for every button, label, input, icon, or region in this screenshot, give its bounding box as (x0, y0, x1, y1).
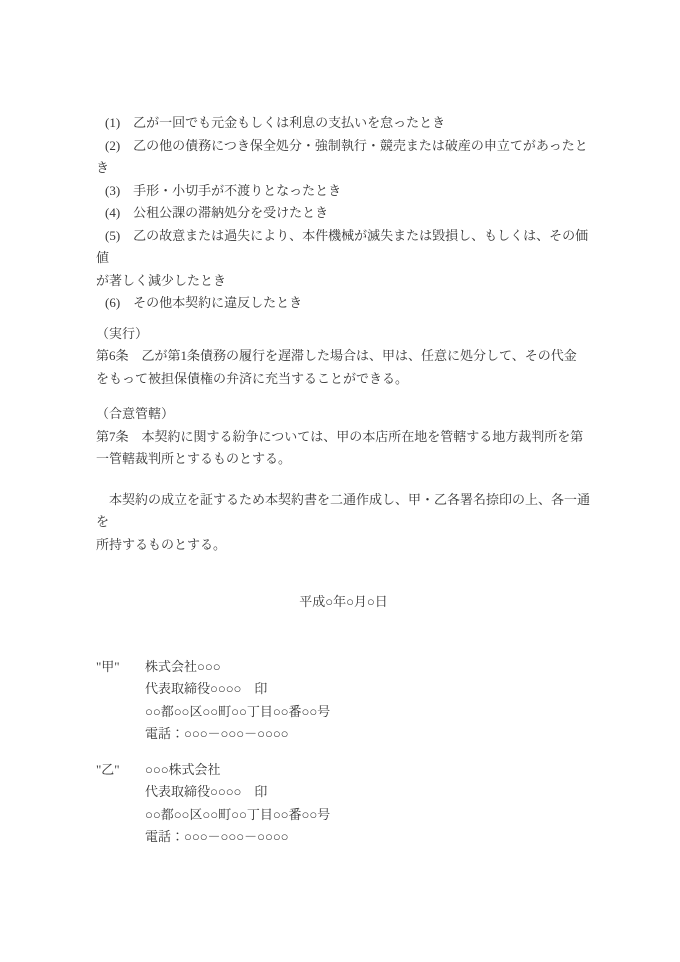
list-item-1: (1) 乙が一回でも元金もしくは利息の支払いを怠ったとき (96, 112, 591, 135)
section-execution: （実行） 第6条 乙が第1条債務の履行を遅滞した場合は、甲は、任意に処分して、そ… (96, 323, 591, 391)
section-jurisdiction-heading: （合意管轄） (96, 403, 591, 426)
section-execution-heading: （実行） (96, 323, 591, 346)
signatory-kou-company: 株式会社○○○ (145, 656, 591, 679)
contract-document-page: (1) 乙が一回でも元金もしくは利息の支払いを怠ったとき (2) 乙の他の債務に… (0, 0, 680, 962)
signatory-otsu-representative: 代表取締役○○○○ 印 (145, 781, 591, 804)
signatory-block-otsu: "乙" ○○○株式会社 代表取締役○○○○ 印 ○○都○○区○○町○○丁目○○番… (96, 759, 591, 849)
section-jurisdiction: （合意管轄） 第7条 本契約に関する紛争については、甲の本店所在地を管轄する地方… (96, 403, 591, 471)
default-conditions-list: (1) 乙が一回でも元金もしくは利息の支払いを怠ったとき (2) 乙の他の債務に… (96, 112, 591, 315)
date-line: 平成○年○月○日 (96, 591, 591, 614)
signatory-kou-address: ○○都○○区○○町○○丁目○○番○○号 (145, 701, 591, 724)
signatory-kou-details: 株式会社○○○ 代表取締役○○○○ 印 ○○都○○区○○町○○丁目○○番○○号 … (145, 656, 591, 746)
signatory-otsu-address: ○○都○○区○○町○○丁目○○番○○号 (145, 804, 591, 827)
list-item-6: (6) その他本契約に違反したとき (96, 292, 591, 315)
signatory-kou-label: "甲" (96, 656, 145, 679)
article-7-text: 第7条 本契約に関する紛争については、甲の本店所在地を管轄する地方裁判所を第 一… (96, 426, 591, 471)
signatory-kou-representative: 代表取締役○○○○ 印 (145, 678, 591, 701)
signatory-otsu-label: "乙" (96, 759, 145, 782)
signatory-otsu-phone: 電話：○○○－○○○－○○○○ (145, 826, 591, 849)
signatory-otsu-company: ○○○株式会社 (145, 759, 591, 782)
article-6-text: 第6条 乙が第1条債務の履行を遅滞した場合は、甲は、任意に処分して、その代金 を… (96, 345, 591, 390)
list-item-4: (4) 公租公課の滞納処分を受けたとき (96, 202, 591, 225)
signatory-kou-phone: 電話：○○○－○○○－○○○○ (145, 723, 591, 746)
list-item-5: (5) 乙の故意または過失により、本件機械が滅失または毀損し、もしくは、その価値… (96, 225, 591, 293)
signatory-otsu-details: ○○○株式会社 代表取締役○○○○ 印 ○○都○○区○○町○○丁目○○番○○号 … (145, 759, 591, 849)
closing-paragraph: 本契約の成立を証するため本契約書を二通作成し、甲・乙各署名捺印の上、各一通を 所… (96, 489, 591, 557)
list-item-3: (3) 手形・小切手が不渡りとなったとき (96, 180, 591, 203)
list-item-2: (2) 乙の他の債務につき保全処分・強制執行・競売または破産の申立てがあったとき (96, 135, 591, 180)
signatory-block-kou: "甲" 株式会社○○○ 代表取締役○○○○ 印 ○○都○○区○○町○○丁目○○番… (96, 656, 591, 746)
